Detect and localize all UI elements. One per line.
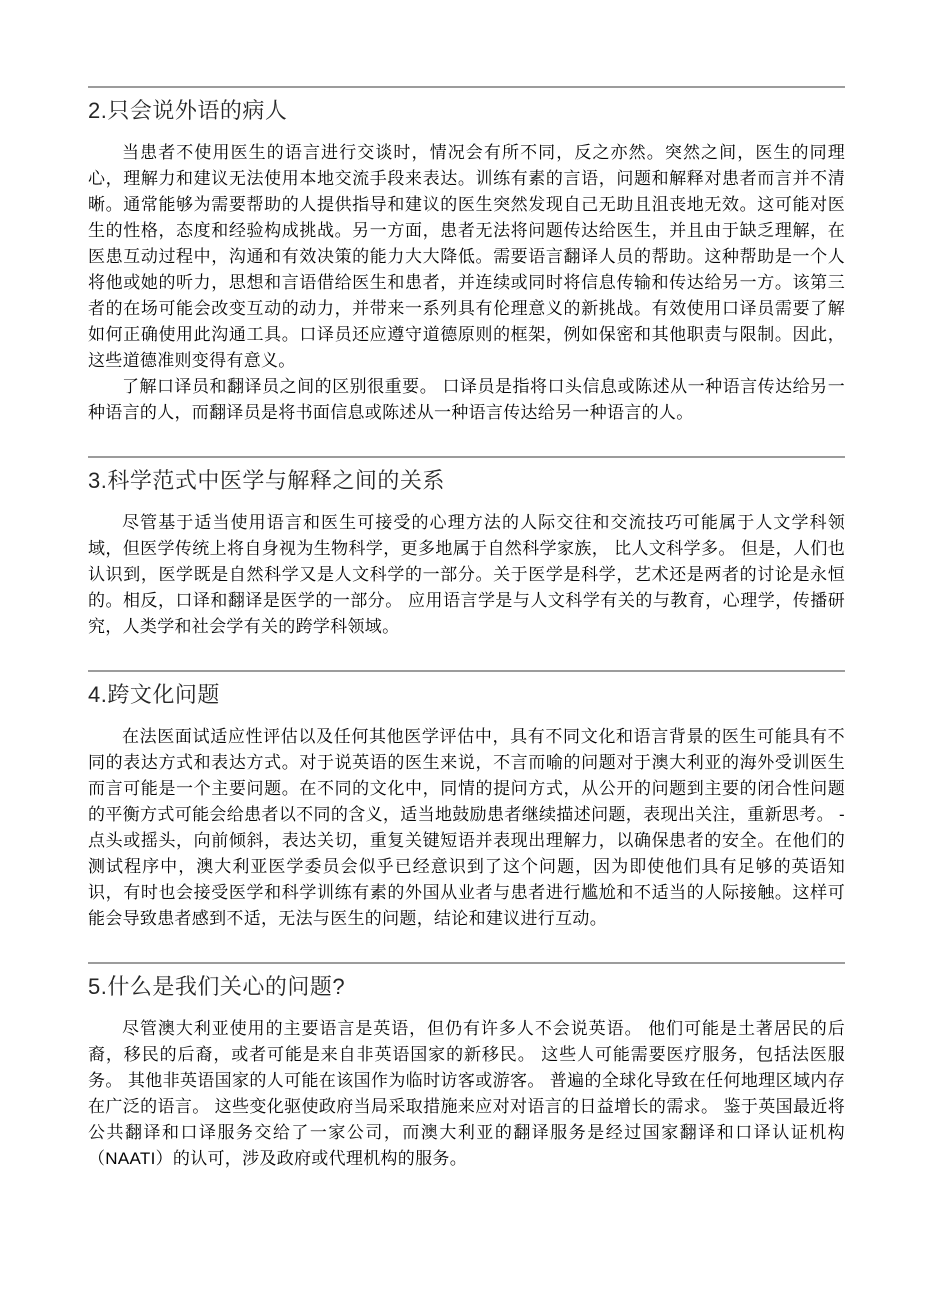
section-medicine-and-interpretation: 3.科学范式中医学与解释之间的关系 尽管基于适当使用语言和医生可接受的心理方法的… (88, 456, 845, 640)
section-divider (88, 670, 845, 672)
section-heading: 5.什么是我们关心的问题? (88, 973, 845, 1001)
document-content: 2.只会说外语的病人 当患者不使用医生的语言进行交谈时，情况会有所不同，反之亦然… (0, 0, 925, 1172)
section-heading: 3.科学范式中医学与解释之间的关系 (88, 467, 845, 495)
body-paragraph: 当患者不使用医生的语言进行交谈时，情况会有所不同，反之亦然。突然之间，医生的同理… (88, 140, 845, 374)
section-cross-cultural-issues: 4.跨文化问题 在法医面试适应性评估以及任何其他医学评估中，具有不同文化和语言背… (88, 670, 845, 932)
section-divider (88, 962, 845, 964)
section-our-concerns: 5.什么是我们关心的问题? 尽管澳大利亚使用的主要语言是英语，但仍有许多人不会说… (88, 962, 845, 1172)
body-paragraph: 尽管基于适当使用语言和医生可接受的心理方法的人际交往和交流技巧可能属于人文学科领… (88, 510, 845, 640)
body-paragraph: 尽管澳大利亚使用的主要语言是英语，但仍有许多人不会说英语。 他们可能是土著居民的… (88, 1016, 845, 1172)
section-foreign-language-patients: 2.只会说外语的病人 当患者不使用医生的语言进行交谈时，情况会有所不同，反之亦然… (88, 86, 845, 426)
document-page: 2.只会说外语的病人 当患者不使用医生的语言进行交谈时，情况会有所不同，反之亦然… (0, 0, 925, 1309)
section-divider (88, 456, 845, 458)
section-heading: 4.跨文化问题 (88, 681, 845, 709)
body-paragraph: 在法医面试适应性评估以及任何其他医学评估中，具有不同文化和语言背景的医生可能具有… (88, 724, 845, 932)
section-divider (88, 86, 845, 88)
body-paragraph: 了解口译员和翻译员之间的区别很重要。 口译员是指将口头信息或陈述从一种语言传达给… (88, 374, 845, 426)
section-heading: 2.只会说外语的病人 (88, 97, 845, 125)
